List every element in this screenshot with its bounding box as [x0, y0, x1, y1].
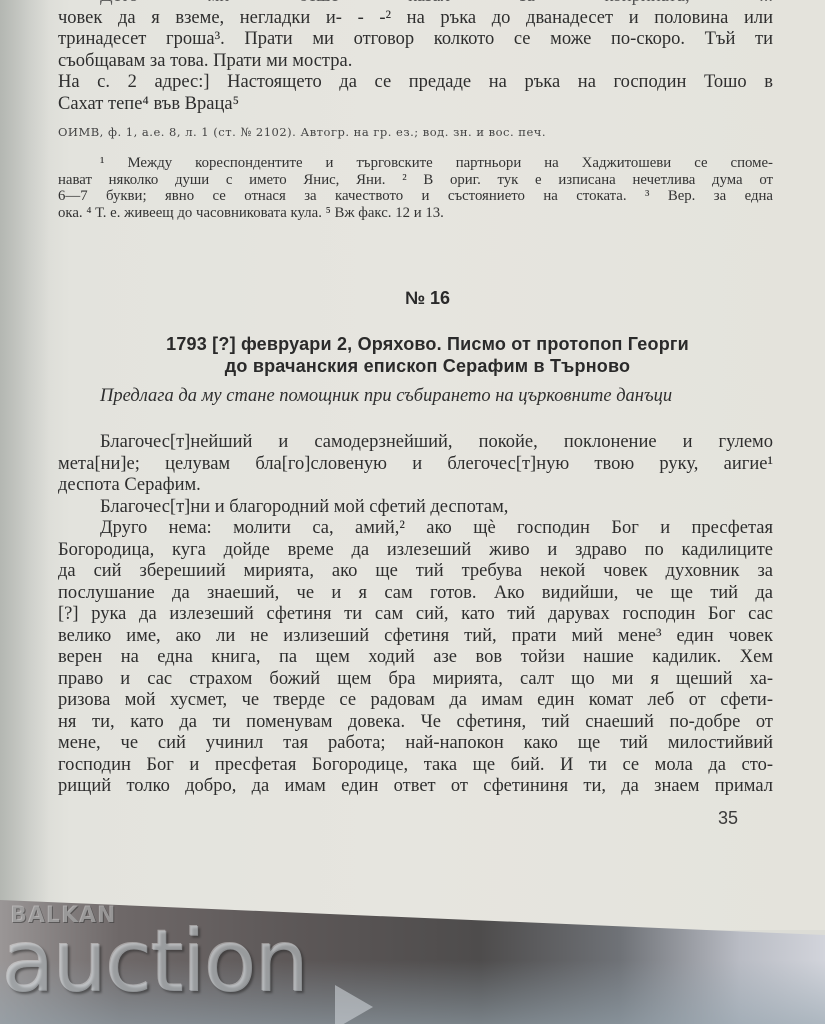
body-line: мене, че сий учинил тая работа; най-напо…: [58, 733, 773, 755]
text-line: Сахат тепе⁴ във Враца⁵: [58, 94, 773, 116]
text-line: човек да я вземе, негладки и- - -² на ръ…: [58, 8, 773, 30]
body-line: велико име, ако ли не излизеший сфетиня …: [58, 626, 773, 648]
document-number: № 16: [0, 288, 825, 309]
cropped-top-line: Дето ми беше казал за коприната, ...: [58, 0, 773, 8]
footnote-line: ¹ Между кореспондентите и търговските па…: [58, 155, 773, 172]
source-citation: ОИМВ, ф. 1, а.е. 8, л. 1 (ст. № 2102). А…: [58, 125, 773, 139]
book-page: Дето ми беше казал за коприната, ... чов…: [0, 0, 825, 930]
document-heading-line-2: до врачанския епископ Серафим в Търново: [0, 356, 825, 377]
document-summary: Предлага да му стане помощник при събира…: [100, 386, 780, 407]
footnote-line: ока. ⁴ Т. е. живеещ до часовниковата кул…: [58, 205, 773, 222]
body-line: Благочес[т]ни и благородний мой сфетий д…: [58, 497, 773, 519]
book-spine-shadow: [0, 0, 50, 930]
body-line: господин Бог и пресфетая Богородице, так…: [58, 755, 773, 777]
footnotes: ¹ Между кореспондентите и търговските па…: [58, 155, 773, 221]
body-line: послушание да знаеший, че и я сам готов.…: [58, 583, 773, 605]
letter-body: Благочес[т]нейший и самодерзнейший, поко…: [58, 432, 773, 798]
text-line: тринадесет гроша³. Прати ми отговор колк…: [58, 29, 773, 51]
watermark-auction: auction: [2, 912, 307, 1012]
body-line: Богородица, куга дойде време да излезеши…: [58, 540, 773, 562]
body-line: [?] рука да излезеший сфетиня ти сам сий…: [58, 604, 773, 626]
body-line: Благочес[т]нейший и самодерзнейший, поко…: [58, 432, 773, 454]
body-line: право и сас страхом божий щем бра мирият…: [58, 669, 773, 691]
page-number: 35: [718, 808, 738, 829]
body-line: ризова мой хусмет, че тверде се радовам …: [58, 690, 773, 712]
text-line: съобщавам за това. Прати ми мостра.: [58, 51, 773, 73]
body-line: верен на една книга, па щем ходий азе во…: [58, 647, 773, 669]
body-line: мета[ни]е; целувам бла[го]словеную и бле…: [58, 454, 773, 476]
play-triangle-icon: [335, 985, 373, 1024]
body-line: Друго нема: молити са, амий,² ако щѐ гос…: [58, 518, 773, 540]
document-heading-line-1: 1793 [?] февруари 2, Оряхово. Писмо от п…: [0, 334, 825, 355]
body-line: да сий зберешиий мирията, ако ще тий тре…: [58, 561, 773, 583]
footnote-line: 6—7 букви; явно се отнася за качеството …: [58, 188, 773, 205]
body-line: деспота Серафим.: [58, 475, 773, 497]
body-line: ня ти, като да ти поменувам довека. Че с…: [58, 712, 773, 734]
body-line: рищий толко добро, да имам един ответ от…: [58, 776, 773, 798]
footnote-line: нават няколко души с името Янис, Яни. ² …: [58, 172, 773, 189]
text-line: На с. 2 адрес:] Настоящето да се предаде…: [58, 72, 773, 94]
previous-letter-text: Дето ми беше казал за коприната, ... чов…: [58, 0, 773, 115]
